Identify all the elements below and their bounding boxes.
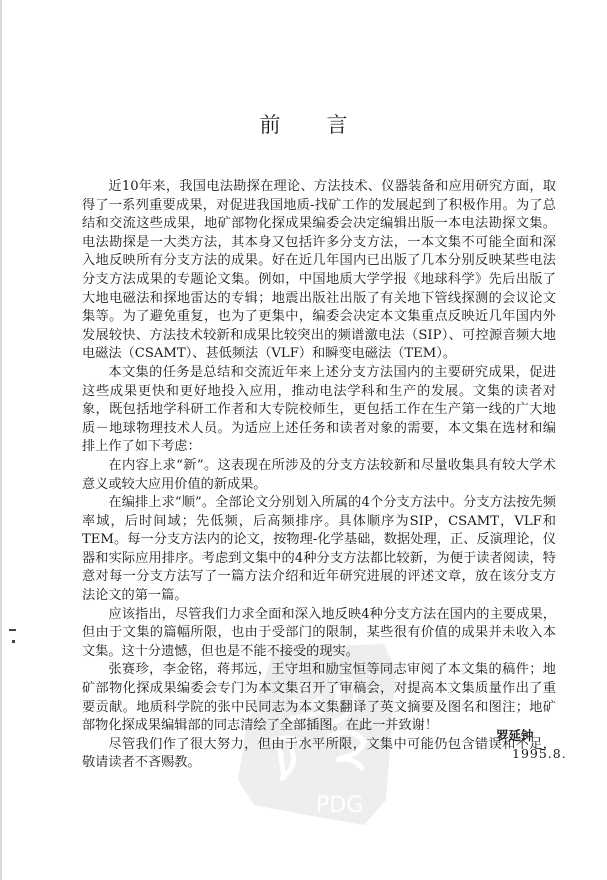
paragraph-closing: 尽管我们作了很大努力，但由于水平所限，文集中可能仍包含错误和不足，敬请读者不吝赐… — [82, 736, 556, 773]
author-signature: 罗延钟 — [496, 726, 534, 744]
preface-body: 近10年来，我国电法勘探在理论、方法技术、仪器装备和应用研究方面，取得了一系列重… — [82, 178, 556, 773]
paragraph-intro: 近10年来，我国电法勘探在理论、方法技术、仪器装备和应用研究方面，取得了一系列重… — [82, 178, 556, 364]
paragraph-limitations: 应该指出，尽管我们力求全面和深入地反映4种分支方法在国内的主要成果，但由于文集的… — [82, 606, 556, 662]
scan-mark — [9, 629, 16, 631]
paragraph-arrangement: 在编排上求“顺”。全部论文分别划入所属的4个分支方法中。分支方法按先频率域，后时… — [82, 494, 556, 606]
preface-date: 1995.8. — [512, 746, 567, 761]
scan-mark — [12, 640, 15, 643]
paragraph-task: 本文集的任务是总结和交流近年来上述分支方法国内的主要研究成果，促进这些成果更快和… — [82, 364, 556, 457]
watermark-label: PDG — [316, 793, 363, 818]
paragraph-acknowledgements: 张赛珍，李金铭，蒋邦远，王守坦和励宝恒等同志审阅了本文集的稿件；地矿部物化探成果… — [82, 661, 556, 735]
page-title: 前言 — [0, 113, 607, 137]
paragraph-content-new: 在内容上求“新”。这表现在所涉及的分支方法较新和尽量收集具有较大学术意义或较大应… — [82, 457, 556, 494]
